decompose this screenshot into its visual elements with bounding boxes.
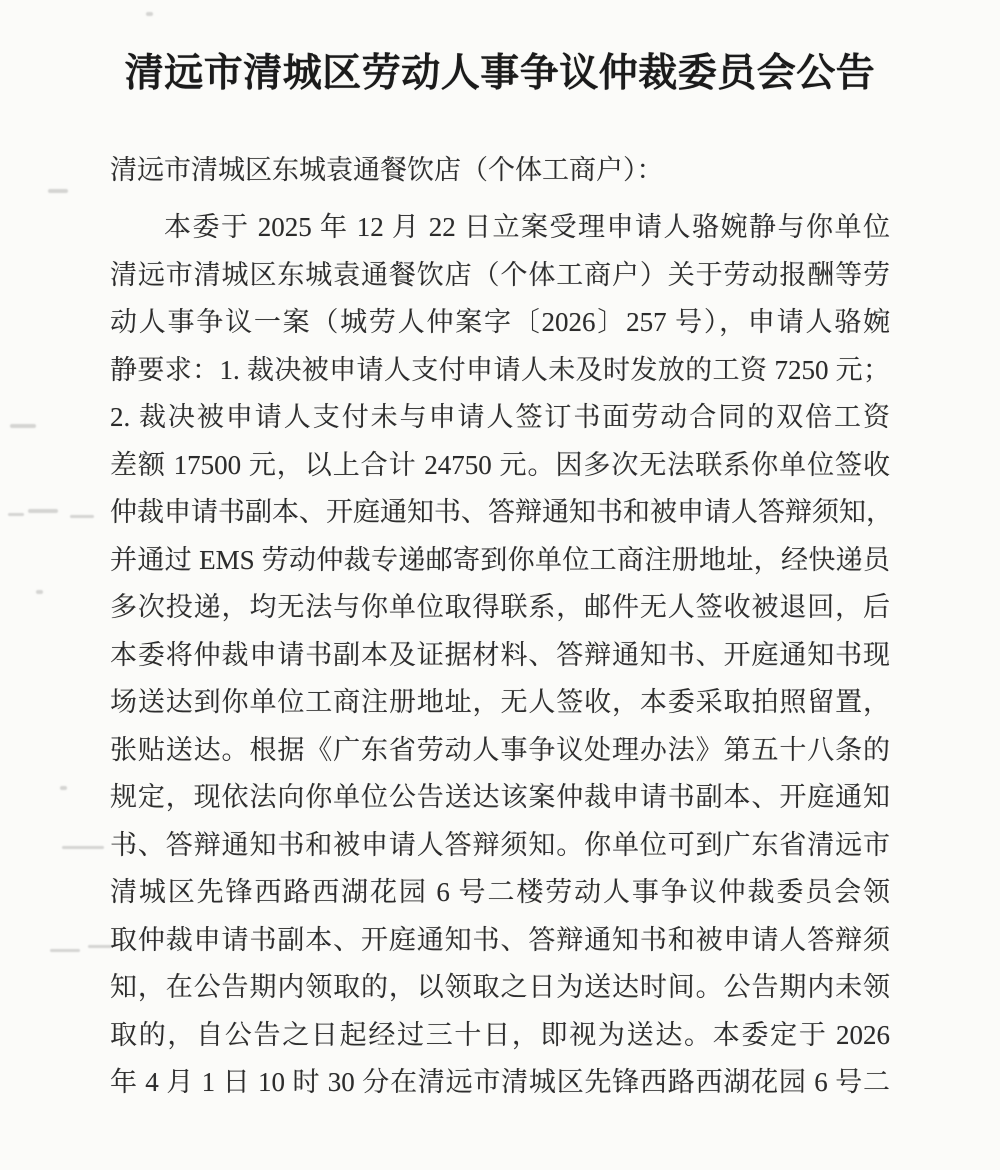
scan-speck [146, 12, 153, 16]
document-line: 本委将仲裁申请书副本及证据材料、答辩通知书、开庭通知书现 [110, 632, 890, 680]
document-line: 仲裁申请书副本、开庭通知书、答辩通知书和被申请人答辩须知， [110, 489, 890, 537]
addressee-line: 清远市清城区东城袁通餐饮店（个体工商户）： [110, 146, 890, 194]
scan-smudge [50, 949, 80, 952]
document-line: 动人事争议一案（城劳人仲案字〔2026〕257 号），申请人骆婉 [110, 299, 890, 347]
document-line: 取的，自公告之日起经过三十日，即视为送达。本委定于 2026 [110, 1012, 890, 1060]
document-line: 规定，现依法向你单位公告送达该案仲裁申请书副本、开庭通知 [110, 774, 890, 822]
document-line: 年 4 月 1 日 10 时 30 分在清远市清城区先锋西路西湖花园 6 号二 [110, 1059, 890, 1107]
notice-paragraph: 本委于 2025 年 12 月 22 日立案受理申请人骆婉静与你单位 清远市清城… [110, 204, 890, 1107]
document-body: 清远市清城区东城袁通餐饮店（个体工商户）： 本委于 2025 年 12 月 22… [110, 146, 890, 1107]
scan-smudge [88, 945, 112, 948]
scan-smudge [48, 189, 68, 193]
scan-speck [36, 590, 43, 594]
document-line: 2. 裁决被申请人支付未与申请人签订书面劳动合同的双倍工资 [110, 394, 890, 442]
scan-speck [60, 786, 67, 790]
document-line: 并通过 EMS 劳动仲裁专递邮寄到你单位工商注册地址，经快递员 [110, 537, 890, 585]
scan-smudge [70, 515, 94, 518]
document-line: 静要求：1. 裁决被申请人支付申请人未及时发放的工资 7250 元； [110, 347, 890, 395]
scan-smudge [10, 424, 36, 428]
scan-smudge [28, 509, 58, 513]
scan-smudge [62, 846, 104, 849]
document-line: 取仲裁申请书副本、开庭通知书、答辩通知书和被申请人答辩须 [110, 917, 890, 965]
document-line: 书、答辩通知书和被申请人答辩须知。你单位可到广东省清远市 [110, 822, 890, 870]
scanned-document-page: 清远市清城区劳动人事争议仲裁委员会公告 清远市清城区东城袁通餐饮店（个体工商户）… [0, 0, 1000, 1170]
document-line: 清远市清城区东城袁通餐饮店（个体工商户）关于劳动报酬等劳 [110, 252, 890, 300]
document-line: 多次投递，均无法与你单位取得联系，邮件无人签收被退回，后 [110, 584, 890, 632]
document-title: 清远市清城区劳动人事争议仲裁委员会公告 [0, 42, 1000, 98]
document-line: 本委于 2025 年 12 月 22 日立案受理申请人骆婉静与你单位 [110, 204, 890, 252]
document-line: 张贴送达。根据《广东省劳动人事争议处理办法》第五十八条的 [110, 727, 890, 775]
document-line: 知，在公告期内领取的，以领取之日为送达时间。公告期内未领 [110, 964, 890, 1012]
document-line: 清城区先锋西路西湖花园 6 号二楼劳动人事争议仲裁委员会领 [110, 869, 890, 917]
document-line: 场送达到你单位工商注册地址，无人签收，本委采取拍照留置， [110, 679, 890, 727]
document-line: 差额 17500 元，以上合计 24750 元。因多次无法联系你单位签收 [110, 442, 890, 490]
scan-smudge [8, 513, 24, 516]
